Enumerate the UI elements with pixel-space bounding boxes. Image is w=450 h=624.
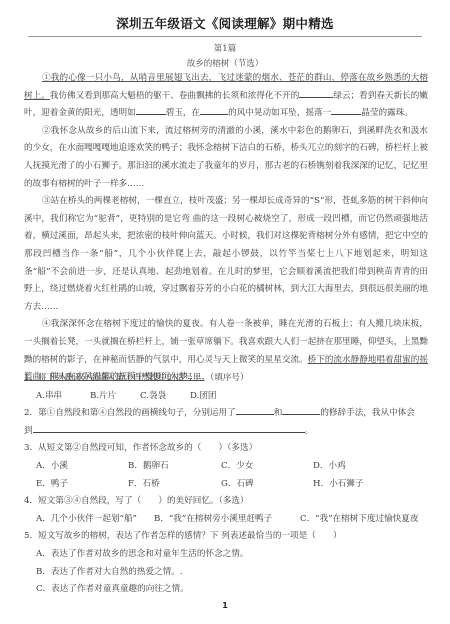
answer-blank-c[interactable] (33, 423, 305, 433)
option[interactable]: A.串串 (36, 388, 90, 406)
title-divider (28, 36, 422, 37)
passage-title: 故乡的榕树（节选） (0, 57, 450, 69)
option[interactable]: C．表达了作者对童真童趣的向往之情。 (24, 581, 428, 599)
paragraph-3: ③站在桥头的两棵老榕树，一棵直立，枝叶茂盛；另一棵却长成奇异的“S”形，苍虬多筋… (24, 193, 428, 316)
fill-blank-3[interactable] (200, 105, 228, 115)
option[interactable]: A．表达了作者对故乡的思念和对童年生活的怀念之情。 (24, 546, 428, 564)
paragraph-1: ①我的心像一只小鸟，从哨音里展翅飞出去，飞过迷蒙的烟水、苍茫的群山，停落在故乡熟… (24, 70, 428, 123)
option[interactable]: D．小鸡 (313, 458, 393, 476)
fill-blank-4[interactable] (331, 105, 361, 115)
option[interactable]: C.袅袅 (140, 388, 190, 406)
answer-blank-a[interactable] (236, 405, 274, 415)
question-3-options-row-2: E．鸭子 F．石桥 G．石碑 H．小石狮子 (24, 476, 428, 494)
question-4: 4．短文第③④自然段，写了（ ）的美好回忆。（多选） (24, 493, 428, 511)
option[interactable]: F．石桥 (128, 476, 221, 494)
option[interactable]: A．几个小伙伴一起划“船” (36, 511, 154, 529)
fill-blank-2[interactable] (136, 105, 166, 115)
fill-blank-1[interactable] (299, 88, 333, 98)
question-2-continued: 到。 (24, 423, 428, 441)
option[interactable]: C．少女 (221, 458, 313, 476)
option[interactable]: B．鹅卵石 (128, 458, 221, 476)
option[interactable]: B．“我”在榕树旁小溪里赶鸭子 (154, 511, 300, 529)
question-2: 2．第①自然段和第④自然段的画横线句子，分别运用了和的修辞手法，我从中体会 (24, 405, 428, 423)
paragraph-2: ②我怀念从故乡的后山流下来，流过榕树旁的清澈的小溪，溪水中彩色的鹅卵石，到溪畔洗… (24, 123, 428, 193)
document-page: 深圳五年级语文《阅读理解》期中精选 第1篇 故乡的榕树（节选） ①我的心像一只小… (0, 0, 450, 624)
questions: 1．将下列叠词分别填入第①自然段中的括号里。（填序号） A.串串 B.片片 C.… (24, 370, 428, 599)
section-label: 第1篇 (0, 42, 450, 54)
question-1: 1．将下列叠词分别填入第①自然段中的括号里。（填序号） (24, 370, 428, 388)
option[interactable]: A．小溪 (36, 458, 128, 476)
option[interactable]: D.团团 (190, 388, 240, 406)
option[interactable]: C．“我”在榕树下度过愉快夏夜 (300, 511, 430, 529)
question-1-options: A.串串 B.片片 C.袅袅 D.团团 (24, 388, 428, 406)
passage: ①我的心像一只小鸟，从哨音里展翅飞出去，飞过迷蒙的烟水、苍茫的群山，停落在故乡熟… (24, 70, 428, 387)
option[interactable]: G．石碑 (221, 476, 313, 494)
answer-blank-b[interactable] (282, 405, 320, 415)
question-3-options-row-1: A．小溪 B．鹅卵石 C．少女 D．小鸡 (24, 458, 428, 476)
option[interactable]: B.片片 (90, 388, 140, 406)
page-number: 1 (0, 601, 450, 610)
option[interactable]: H．小石狮子 (313, 476, 393, 494)
question-5: 5．短文写故乡的榕树，表达了作者怎样的感情？下 列表述最恰当的一项是（ ） (24, 528, 428, 546)
option[interactable]: B．表达了作者对大自然的热爱之情。. (24, 564, 428, 582)
question-3: 3．从短文第②自然段可知，作者怀念故乡的（ ）（多选） (24, 440, 428, 458)
option[interactable]: E．鸭子 (36, 476, 128, 494)
question-4-options: A．几个小伙伴一起划“船” B．“我”在榕树旁小溪里赶鸭子 C．“我”在榕树下度… (24, 511, 428, 529)
document-title: 深圳五年级语文《阅读理解》期中精选 (0, 14, 450, 32)
